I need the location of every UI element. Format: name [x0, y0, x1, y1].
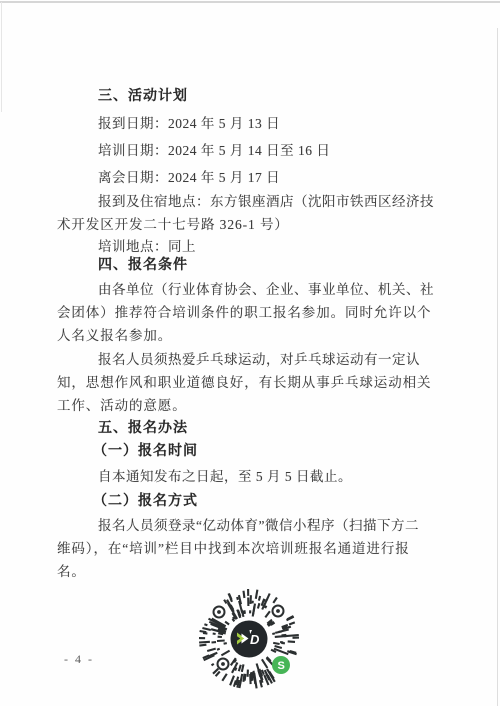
- doc-line-requirements-1: 报名人员须热爱乒乓球运动，对乒乓球运动有一定认: [98, 351, 420, 368]
- page-number: - 4 -: [55, 652, 103, 667]
- doc-line-conditions-1: 由各单位（行业体育协会、企业、事业单位、机关、社: [98, 281, 434, 298]
- doc-line-conditions-3: 人名义报名参加。: [57, 327, 172, 344]
- doc-line-requirements-2: 知，思想作风和职业道德良好，有长期从事乒乓球运动相关: [57, 374, 431, 391]
- yd-logo: D: [231, 621, 268, 658]
- yd-logo-letter-d: D: [250, 632, 260, 647]
- scan-edge-top: [0, 1, 500, 3]
- section-heading-activity-plan: 三、活动计划: [98, 88, 188, 105]
- doc-line-miniprogram-3: 名。: [57, 563, 86, 580]
- scan-edge-left: [1, 2, 2, 112]
- doc-line-requirements-3: 工作、活动的意愿。: [57, 397, 187, 414]
- qr-position-marker-top-right: [273, 606, 284, 617]
- doc-line-departure-date: 离会日期：2024 年 5 月 17 日: [98, 169, 280, 186]
- doc-line-checkin-date: 报到日期：2024 年 5 月 13 日: [98, 115, 280, 132]
- wechat-miniprogram-icon: S: [272, 656, 290, 674]
- doc-line-training-date: 培训日期：2024 年 5 月 14 日至 16 日: [98, 142, 330, 159]
- qr-position-marker-top-left: [214, 607, 225, 618]
- section-heading-registration-method: 五、报名办法: [98, 420, 188, 437]
- wechat-miniprogram-glyph: S: [278, 660, 285, 672]
- doc-line-hotel-address-1: 报到及住宿地点：东方银座酒店（沈阳市铁西区经济技: [98, 193, 434, 210]
- section-heading-registration-conditions: 四、报名条件: [98, 257, 188, 274]
- doc-line-conditions-2: 会团体）推荐符合培训条件的职工报名参加。同时允许以个: [57, 304, 431, 321]
- doc-line-training-venue: 培训地点：同上: [98, 238, 196, 255]
- qr-position-marker-bottom-left: [218, 659, 229, 670]
- doc-line-registration-deadline: 自本通知发布之日起，至 5 月 5 日截止。: [98, 468, 352, 485]
- qr-code: D S: [183, 583, 317, 706]
- subheading-registration-time: （一）报名时间: [93, 443, 198, 460]
- doc-line-miniprogram-1: 报名人员须登录“亿动体育”微信小程序（扫描下方二: [98, 517, 419, 534]
- scan-edge-right: [497, 28, 498, 706]
- doc-line-hotel-address-2: 术开发区开发二十七号路 326-1 号）: [57, 216, 289, 233]
- subheading-registration-channel: （二）报名方式: [93, 493, 198, 510]
- doc-line-miniprogram-2: 维码），在“培训”栏目中找到本次培训班报名通道进行报: [57, 540, 410, 557]
